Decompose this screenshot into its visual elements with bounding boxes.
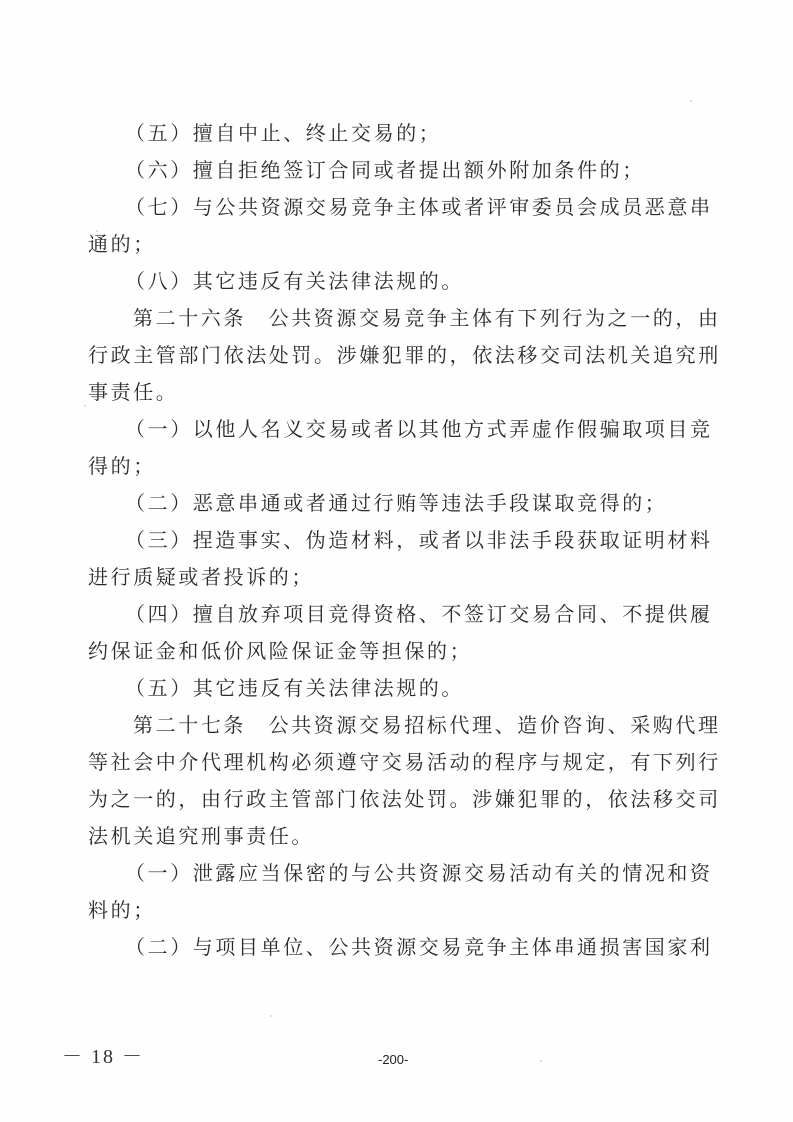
text-line: 料的； (88, 892, 668, 929)
article-heading-line: 第二十七条 公共资源交易招标代理、造价咨询、采购代理 (88, 707, 668, 744)
article-heading-line: 第二十六条 公共资源交易竞争主体有下列行为之一的，由 (88, 300, 668, 337)
text-line: 约保证金和低价风险保证金等担保的； (88, 633, 668, 670)
text-line: （五）其它违反有关法律法规的。 (88, 670, 668, 707)
text-line: 为之一的，由行政主管部门依法处罚。涉嫌犯罪的，依法移交司 (88, 781, 668, 818)
scan-speck (270, 1015, 272, 1017)
text-line: 行政主管部门依法处罚。涉嫌犯罪的，依法移交司法机关追究刑 (88, 337, 668, 374)
text-line: 等社会中介代理机构必须遵守交易活动的程序与规定，有下列行 (88, 744, 668, 781)
scan-speck (84, 405, 86, 407)
text-line: （八）其它违反有关法律法规的。 (88, 263, 668, 300)
text-line: （七）与公共资源交易竞争主体或者评审委员会成员恶意串 (88, 189, 668, 226)
scan-speck (540, 1060, 542, 1062)
text-line: （一）以他人名义交易或者以其他方式弄虚作假骗取项目竞 (88, 411, 668, 448)
text-line: （一）泄露应当保密的与公共资源交易活动有关的情况和资 (88, 855, 668, 892)
text-line: 通的； (88, 226, 668, 263)
text-line: （六）擅自拒绝签订合同或者提出额外附加条件的； (88, 152, 668, 189)
scan-speck (690, 100, 692, 102)
text-line: （三）捏造事实、伪造材料，或者以非法手段获取证明材料 (88, 522, 668, 559)
text-line: （二）恶意串通或者通过行贿等违法手段谋取竞得的； (88, 485, 668, 522)
page-stamp-number: -200- (378, 1052, 408, 1067)
document-body: （五）擅自中止、终止交易的； （六）擅自拒绝签订合同或者提出额外附加条件的； （… (88, 115, 668, 966)
text-line: （二）与项目单位、公共资源交易竞争主体串通损害国家利 (88, 929, 668, 966)
text-line: 得的； (88, 448, 668, 485)
text-line: 进行质疑或者投诉的； (88, 559, 668, 596)
text-line: 事责任。 (88, 374, 668, 411)
text-line: 法机关追究刑事责任。 (88, 818, 668, 855)
text-line: （四）擅自放弃项目竞得资格、不签订交易合同、不提供履 (88, 596, 668, 633)
scanned-document-page: （五）擅自中止、终止交易的； （六）擅自拒绝签订合同或者提出额外附加条件的； （… (0, 0, 793, 1122)
page-folio-number: － 18 － (62, 1040, 144, 1069)
text-line: （五）擅自中止、终止交易的； (88, 115, 668, 152)
